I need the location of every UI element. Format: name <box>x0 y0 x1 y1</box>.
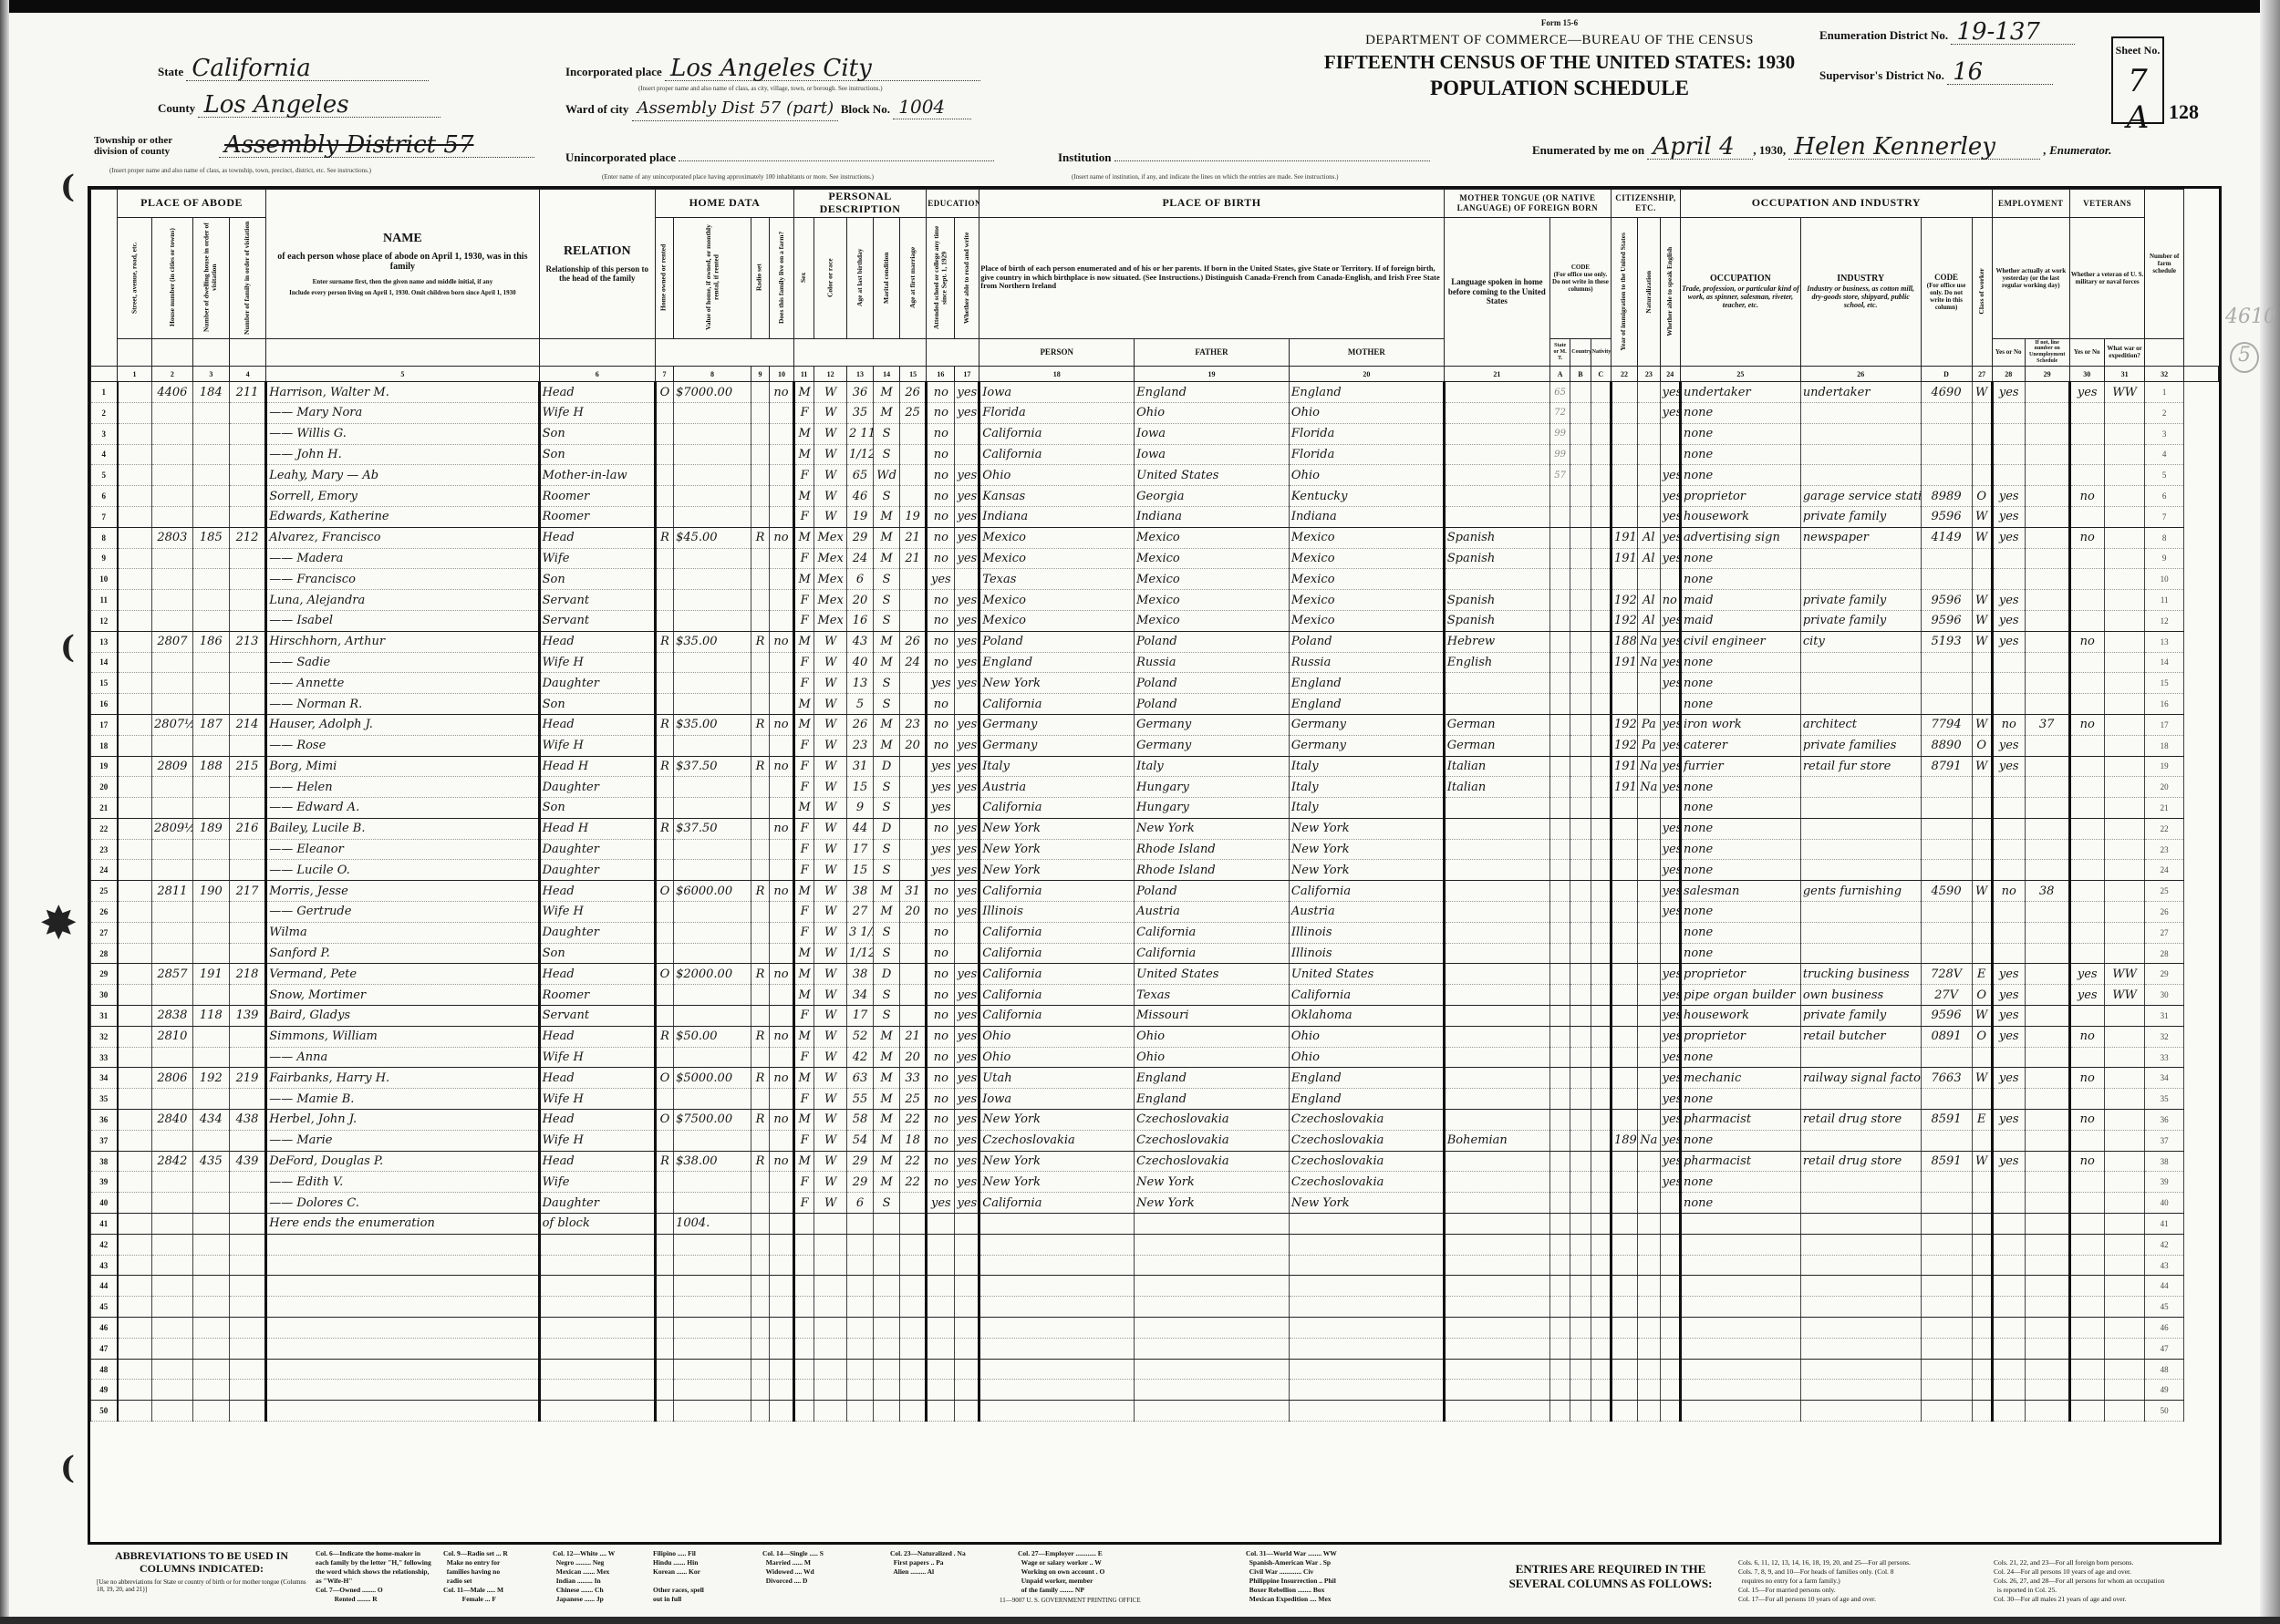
cell-unemp-line <box>2025 486 2069 507</box>
cell-dwelling <box>192 1276 229 1297</box>
cell-farm <box>770 569 794 590</box>
cell-father-birth: Italy <box>1135 756 1290 777</box>
cell-father-birth: Poland <box>1135 673 1290 694</box>
cell-birth: California <box>979 1006 1135 1027</box>
cell-radio <box>751 902 769 923</box>
cell-mother-birth <box>1289 1380 1444 1401</box>
cell-code-a <box>1549 818 1570 839</box>
cell-family <box>229 922 265 943</box>
cell-unemp-line <box>2025 1359 2069 1380</box>
cell-code-a <box>1549 943 1570 964</box>
table-row: 37—— MarieWife HFW54M18noyesCzechoslovak… <box>91 1130 2219 1151</box>
cell-farm <box>770 423 794 444</box>
cell-dwelling <box>192 839 229 860</box>
cell-street <box>118 1276 152 1297</box>
cell-english: yes <box>1660 652 1680 673</box>
cell-mother-birth: Florida <box>1289 444 1444 465</box>
cell-dwelling <box>192 1297 229 1318</box>
cell-father-birth: Ohio <box>1135 1026 1290 1047</box>
cell-mother-birth: Italy <box>1289 777 1444 798</box>
cell-farm <box>770 652 794 673</box>
cell-employed <box>1992 1401 2025 1422</box>
cell-street <box>118 964 152 985</box>
cell-race: W <box>814 735 847 756</box>
cell-relation: Servant <box>539 590 655 611</box>
cell-class <box>1972 818 1992 839</box>
cell-unemp-line <box>2025 382 2069 403</box>
cell-sex: M <box>793 1068 814 1089</box>
cell-unemp-line <box>2025 798 2069 819</box>
cell-occ-code <box>1921 1276 1972 1297</box>
line-number: 7 <box>91 506 118 527</box>
cell-code-c <box>1591 1047 1611 1068</box>
cell-naturalization <box>1638 818 1661 839</box>
line-number-right: 27 <box>2145 922 2183 943</box>
cell-dwelling <box>192 486 229 507</box>
cell-street <box>118 1026 152 1047</box>
cell-code-b <box>1570 548 1591 569</box>
cell-industry: garage service station <box>1800 486 1921 507</box>
cell-occupation <box>1680 1276 1800 1297</box>
cell-english: yes <box>1660 735 1680 756</box>
cell-occupation: pipe organ builder <box>1680 985 1800 1006</box>
cell-occupation: none <box>1680 818 1800 839</box>
cell-war <box>2104 631 2145 652</box>
cell-owned <box>655 1338 673 1359</box>
line-number: 12 <box>91 610 118 631</box>
cell-marital: S <box>874 943 900 964</box>
cell-occ-code <box>1921 1359 1972 1380</box>
cell-english <box>1660 423 1680 444</box>
cell-code-c <box>1591 1193 1611 1214</box>
cell-family <box>229 569 265 590</box>
cell-age-marr <box>900 590 927 611</box>
cell-farm: no <box>770 631 794 652</box>
cell-street <box>118 1234 152 1255</box>
cell-sex: F <box>793 1089 814 1110</box>
cell-employed: yes <box>1992 486 2025 507</box>
cell-marital: S <box>874 985 900 1006</box>
cell-father-birth: Germany <box>1135 735 1290 756</box>
cell-code-a <box>1549 486 1570 507</box>
cell-birth: England <box>979 652 1135 673</box>
cell-occupation: proprietor <box>1680 486 1800 507</box>
cell-language <box>1444 506 1549 527</box>
cell-veteran <box>2069 922 2104 943</box>
cell-unemp-line <box>2025 1193 2069 1214</box>
cell-unemp-line <box>2025 402 2069 423</box>
cell-code-c <box>1591 1297 1611 1318</box>
cell-sex: F <box>793 860 814 881</box>
cell-relation: Head <box>539 714 655 735</box>
line-number-right: 4 <box>2145 444 2183 465</box>
column-number: 1 <box>118 367 152 382</box>
cell-name: Sorrell, Emory <box>266 486 539 507</box>
cell-language <box>1444 985 1549 1006</box>
header-birth-instructions: Place of birth of each person enumerated… <box>979 217 1444 338</box>
cell-code-b <box>1570 569 1591 590</box>
cell-code-b <box>1570 1338 1591 1359</box>
cell-school: no <box>927 527 955 548</box>
cell-read: yes <box>955 964 979 985</box>
cell-war <box>2104 1359 2145 1380</box>
cell-unemp-line <box>2025 527 2069 548</box>
cell-mother-birth <box>1289 1401 1444 1422</box>
cell-family <box>229 1255 265 1276</box>
cell-school: no <box>927 1130 955 1151</box>
cell-age-marr: 20 <box>900 735 927 756</box>
cell-relation: Head <box>539 1068 655 1089</box>
cell-unemp-line <box>2025 922 2069 943</box>
cell-farm: no <box>770 756 794 777</box>
cell-naturalization <box>1638 1047 1661 1068</box>
cell-code-a <box>1549 798 1570 819</box>
cell-code-a <box>1549 964 1570 985</box>
cell-farm <box>770 1193 794 1214</box>
cell-immigration <box>1611 486 1637 507</box>
cell-relation: Son <box>539 569 655 590</box>
cell-street <box>118 1255 152 1276</box>
cell-radio: R <box>751 1068 769 1089</box>
cell-english <box>1660 1234 1680 1255</box>
cell-father-birth <box>1135 1318 1290 1339</box>
cell-radio: R <box>751 1151 769 1172</box>
cell-family <box>229 902 265 923</box>
cell-street <box>118 798 152 819</box>
cell-code-a <box>1549 1151 1570 1172</box>
line-number-right: 47 <box>2145 1338 2183 1359</box>
township-field: Assembly District 57 <box>219 133 534 158</box>
cell-owned: O <box>655 1110 673 1131</box>
cell-marital: M <box>874 1172 900 1193</box>
column-number: 2 <box>152 367 193 382</box>
cell-employed <box>1992 1172 2025 1193</box>
cell-age-marr <box>900 943 927 964</box>
cell-relation <box>539 1255 655 1276</box>
cell-immigration: 1920 <box>1611 735 1637 756</box>
cell-veteran: no <box>2069 714 2104 735</box>
cell-age-marr: 24 <box>900 652 927 673</box>
cell-house: 2857 <box>152 964 193 985</box>
cell-father-birth: England <box>1135 382 1290 403</box>
cell-marital <box>874 1276 900 1297</box>
cell-employed: yes <box>1992 756 2025 777</box>
cell-father-birth: California <box>1135 922 1290 943</box>
cell-value <box>674 902 751 923</box>
cell-owned <box>655 735 673 756</box>
cell-class: W <box>1972 756 1992 777</box>
cell-age-marr: 18 <box>900 1130 927 1151</box>
cell-farm <box>770 1401 794 1422</box>
cell-value <box>674 839 751 860</box>
cell-street <box>118 839 152 860</box>
cell-race: W <box>814 652 847 673</box>
cell-house <box>152 694 193 715</box>
cell-war <box>2104 569 2145 590</box>
cell-industry <box>1800 922 1921 943</box>
table-row: 7Edwards, KatherineRoomerFW19M19noyesInd… <box>91 506 2219 527</box>
cell-farm <box>770 1130 794 1151</box>
cell-sex: M <box>793 631 814 652</box>
cell-unemp-line <box>2025 548 2069 569</box>
cell-street <box>118 902 152 923</box>
cell-naturalization: Pa <box>1638 735 1661 756</box>
cell-occupation: none <box>1680 860 1800 881</box>
cell-farm: no <box>770 1151 794 1172</box>
cell-industry <box>1800 1255 1921 1276</box>
header-age: Age at last birthday <box>847 217 874 338</box>
cell-school: no <box>927 610 955 631</box>
cell-age <box>847 1255 874 1276</box>
cell-code-c <box>1591 714 1611 735</box>
cell-employed: yes <box>1992 506 2025 527</box>
cell-dwelling <box>192 465 229 486</box>
cell-code-b <box>1570 1276 1591 1297</box>
cell-veteran <box>2069 548 2104 569</box>
cell-family <box>229 1318 265 1339</box>
enumeration-district-value: 19-137 <box>1951 20 2075 45</box>
cell-radio: R <box>751 1026 769 1047</box>
cell-language <box>1444 1110 1549 1131</box>
cell-mother-birth <box>1289 1214 1444 1235</box>
column-number: 31 <box>2104 367 2145 382</box>
cell-radio <box>751 1359 769 1380</box>
form-number: Form 15-6 <box>1322 18 1797 27</box>
cell-birth: Germany <box>979 714 1135 735</box>
cell-value <box>674 1359 751 1380</box>
cell-code-a <box>1549 735 1570 756</box>
cell-father-birth: Poland <box>1135 881 1290 902</box>
cell-dwelling <box>192 1089 229 1110</box>
cell-code-c <box>1591 818 1611 839</box>
cell-occ-code <box>1921 1380 1972 1401</box>
line-number-right: 50 <box>2145 1401 2183 1422</box>
cell-unemp-line <box>2025 860 2069 881</box>
header-house-number: House number (in cities or towns) <box>152 217 193 338</box>
cell-read: yes <box>955 486 979 507</box>
cell-class <box>1972 1338 1992 1359</box>
cell-school: no <box>927 1089 955 1110</box>
cell-war <box>2104 1214 2145 1235</box>
cell-code-a <box>1549 1026 1570 1047</box>
cell-age: 52 <box>847 1026 874 1047</box>
cell-school: no <box>927 631 955 652</box>
cell-code-b <box>1570 985 1591 1006</box>
cell-street <box>118 1089 152 1110</box>
cell-value <box>674 1172 751 1193</box>
line-number: 25 <box>91 881 118 902</box>
state-value: California <box>186 57 429 81</box>
cell-age-marr <box>900 1193 927 1214</box>
cell-employed <box>1992 1276 2025 1297</box>
cell-sex: M <box>793 798 814 819</box>
header-industry: INDUSTRY Industry or business, as cotton… <box>1800 217 1921 367</box>
cell-house <box>152 486 193 507</box>
cell-relation: Wife <box>539 548 655 569</box>
cell-father-birth: New York <box>1135 1172 1290 1193</box>
cell-family: 215 <box>229 756 265 777</box>
cell-race: W <box>814 631 847 652</box>
cell-age: 42 <box>847 1047 874 1068</box>
line-number: 38 <box>91 1151 118 1172</box>
line-number-right: 44 <box>2145 1276 2183 1297</box>
cell-house: 2842 <box>152 1151 193 1172</box>
cell-language: Italian <box>1444 756 1549 777</box>
cell-dwelling: 189 <box>192 818 229 839</box>
cell-veteran <box>2069 465 2104 486</box>
cell-class: W <box>1972 590 1992 611</box>
cell-code-c <box>1591 673 1611 694</box>
cell-language <box>1444 1297 1549 1318</box>
cell-unemp-line <box>2025 1401 2069 1422</box>
column-number: 14 <box>874 367 900 382</box>
cell-relation: Son <box>539 694 655 715</box>
cell-english: yes <box>1660 1006 1680 1027</box>
cell-code-c <box>1591 444 1611 465</box>
column-number <box>91 367 118 382</box>
cell-race: W <box>814 382 847 403</box>
cell-code-b <box>1570 1193 1591 1214</box>
cell-dwelling <box>192 1172 229 1193</box>
cell-mother-birth: Mexico <box>1289 610 1444 631</box>
incorporated-value: Los Angeles City <box>665 57 980 81</box>
line-number-right: 24 <box>2145 860 2183 881</box>
cell-farm <box>770 1380 794 1401</box>
cell-mother-birth: Mexico <box>1289 590 1444 611</box>
cell-immigration <box>1611 673 1637 694</box>
cell-read: yes <box>955 1151 979 1172</box>
cell-naturalization <box>1638 839 1661 860</box>
cell-school <box>927 1338 955 1359</box>
cell-occupation <box>1680 1338 1800 1359</box>
cell-immigration <box>1611 1006 1637 1027</box>
cell-marital: M <box>874 1151 900 1172</box>
cell-value <box>674 777 751 798</box>
cell-birth: California <box>979 943 1135 964</box>
cell-birth: California <box>979 881 1135 902</box>
cell-industry <box>1800 1401 1921 1422</box>
margin-note-4610: 4610 <box>2225 305 2276 328</box>
cell-marital: M <box>874 527 900 548</box>
cell-name: —— Edith V. <box>266 1172 539 1193</box>
cell-code-c <box>1591 1234 1611 1255</box>
cell-war <box>2104 922 2145 943</box>
cell-naturalization <box>1638 486 1661 507</box>
punch-mark-icon: ✸ <box>41 898 77 947</box>
cell-language <box>1444 444 1549 465</box>
cell-house <box>152 860 193 881</box>
cell-occupation: advertising sign <box>1680 527 1800 548</box>
line-number-right: 3 <box>2145 423 2183 444</box>
cell-owned <box>655 839 673 860</box>
cell-relation: Head <box>539 631 655 652</box>
cell-naturalization <box>1638 964 1661 985</box>
line-number-right: 18 <box>2145 735 2183 756</box>
cell-value <box>674 423 751 444</box>
cell-farm <box>770 1276 794 1297</box>
cell-class <box>1972 1297 1992 1318</box>
cell-age-marr: 23 <box>900 714 927 735</box>
cell-street <box>118 1297 152 1318</box>
line-number: 34 <box>91 1068 118 1089</box>
cell-dwelling <box>192 1193 229 1214</box>
cell-value <box>674 486 751 507</box>
cell-dwelling <box>192 922 229 943</box>
cell-immigration: 1896 <box>1611 1130 1637 1151</box>
cell-value: $5000.00 <box>674 1068 751 1089</box>
cell-radio: R <box>751 1110 769 1131</box>
cell-naturalization <box>1638 1006 1661 1027</box>
cell-english: yes <box>1660 964 1680 985</box>
cell-age: 17 <box>847 1006 874 1027</box>
cell-occ-code <box>1921 402 1972 423</box>
header-spacer <box>927 338 979 367</box>
cell-language <box>1444 798 1549 819</box>
line-number-right: 15 <box>2145 673 2183 694</box>
cell-owned <box>655 985 673 1006</box>
cell-radio <box>751 985 769 1006</box>
cell-code-b <box>1570 382 1591 403</box>
cell-radio <box>751 1172 769 1193</box>
table-row: 18—— RoseWife HFW23M20noyesGermanyGerman… <box>91 735 2219 756</box>
cell-relation: Son <box>539 798 655 819</box>
cell-code-a <box>1549 985 1570 1006</box>
cell-father-birth: Texas <box>1135 985 1290 1006</box>
cell-school: no <box>927 1110 955 1131</box>
cell-industry: private families <box>1800 735 1921 756</box>
header-employment-desc: Whether actually at work yesterday (or t… <box>1992 217 2069 338</box>
cell-immigration <box>1611 985 1637 1006</box>
cell-family <box>229 1359 265 1380</box>
line-number: 43 <box>91 1255 118 1276</box>
cell-industry <box>1800 444 1921 465</box>
cell-code-a: 99 <box>1549 444 1570 465</box>
cell-race: W <box>814 673 847 694</box>
cell-english: yes <box>1660 1068 1680 1089</box>
cell-father-birth: Rhode Island <box>1135 860 1290 881</box>
cell-veteran: no <box>2069 631 2104 652</box>
cell-code-c <box>1591 1255 1611 1276</box>
cell-dwelling: 187 <box>192 714 229 735</box>
cell-occupation: maid <box>1680 610 1800 631</box>
cell-birth: Ohio <box>979 465 1135 486</box>
cell-age-marr <box>900 569 927 590</box>
cell-dwelling <box>192 444 229 465</box>
cell-occupation <box>1680 1255 1800 1276</box>
cell-house: 4406 <box>152 382 193 403</box>
line-number-right: 49 <box>2145 1380 2183 1401</box>
cell-unemp-line <box>2025 1047 2069 1068</box>
cell-father-birth: Rhode Island <box>1135 839 1290 860</box>
cell-name <box>266 1276 539 1297</box>
cell-school: no <box>927 1151 955 1172</box>
cell-code-a <box>1549 527 1570 548</box>
cell-read: yes <box>955 881 979 902</box>
line-number-right: 1 <box>2145 382 2183 403</box>
cell-war <box>2104 1047 2145 1068</box>
cell-class: W <box>1972 1151 1992 1172</box>
cell-unemp-line <box>2025 756 2069 777</box>
schedule-title: POPULATION SCHEDULE <box>1322 77 1797 100</box>
cell-father-birth: England <box>1135 1068 1290 1089</box>
table-row: 12—— IsabelServantFMex16SnoyesMexicoMexi… <box>91 610 2219 631</box>
cell-relation: Head <box>539 964 655 985</box>
cell-name: —— Gertrude <box>266 902 539 923</box>
cell-code-c <box>1591 860 1611 881</box>
cell-dwelling <box>192 985 229 1006</box>
cell-read: yes <box>955 860 979 881</box>
cell-class: W <box>1972 1006 1992 1027</box>
